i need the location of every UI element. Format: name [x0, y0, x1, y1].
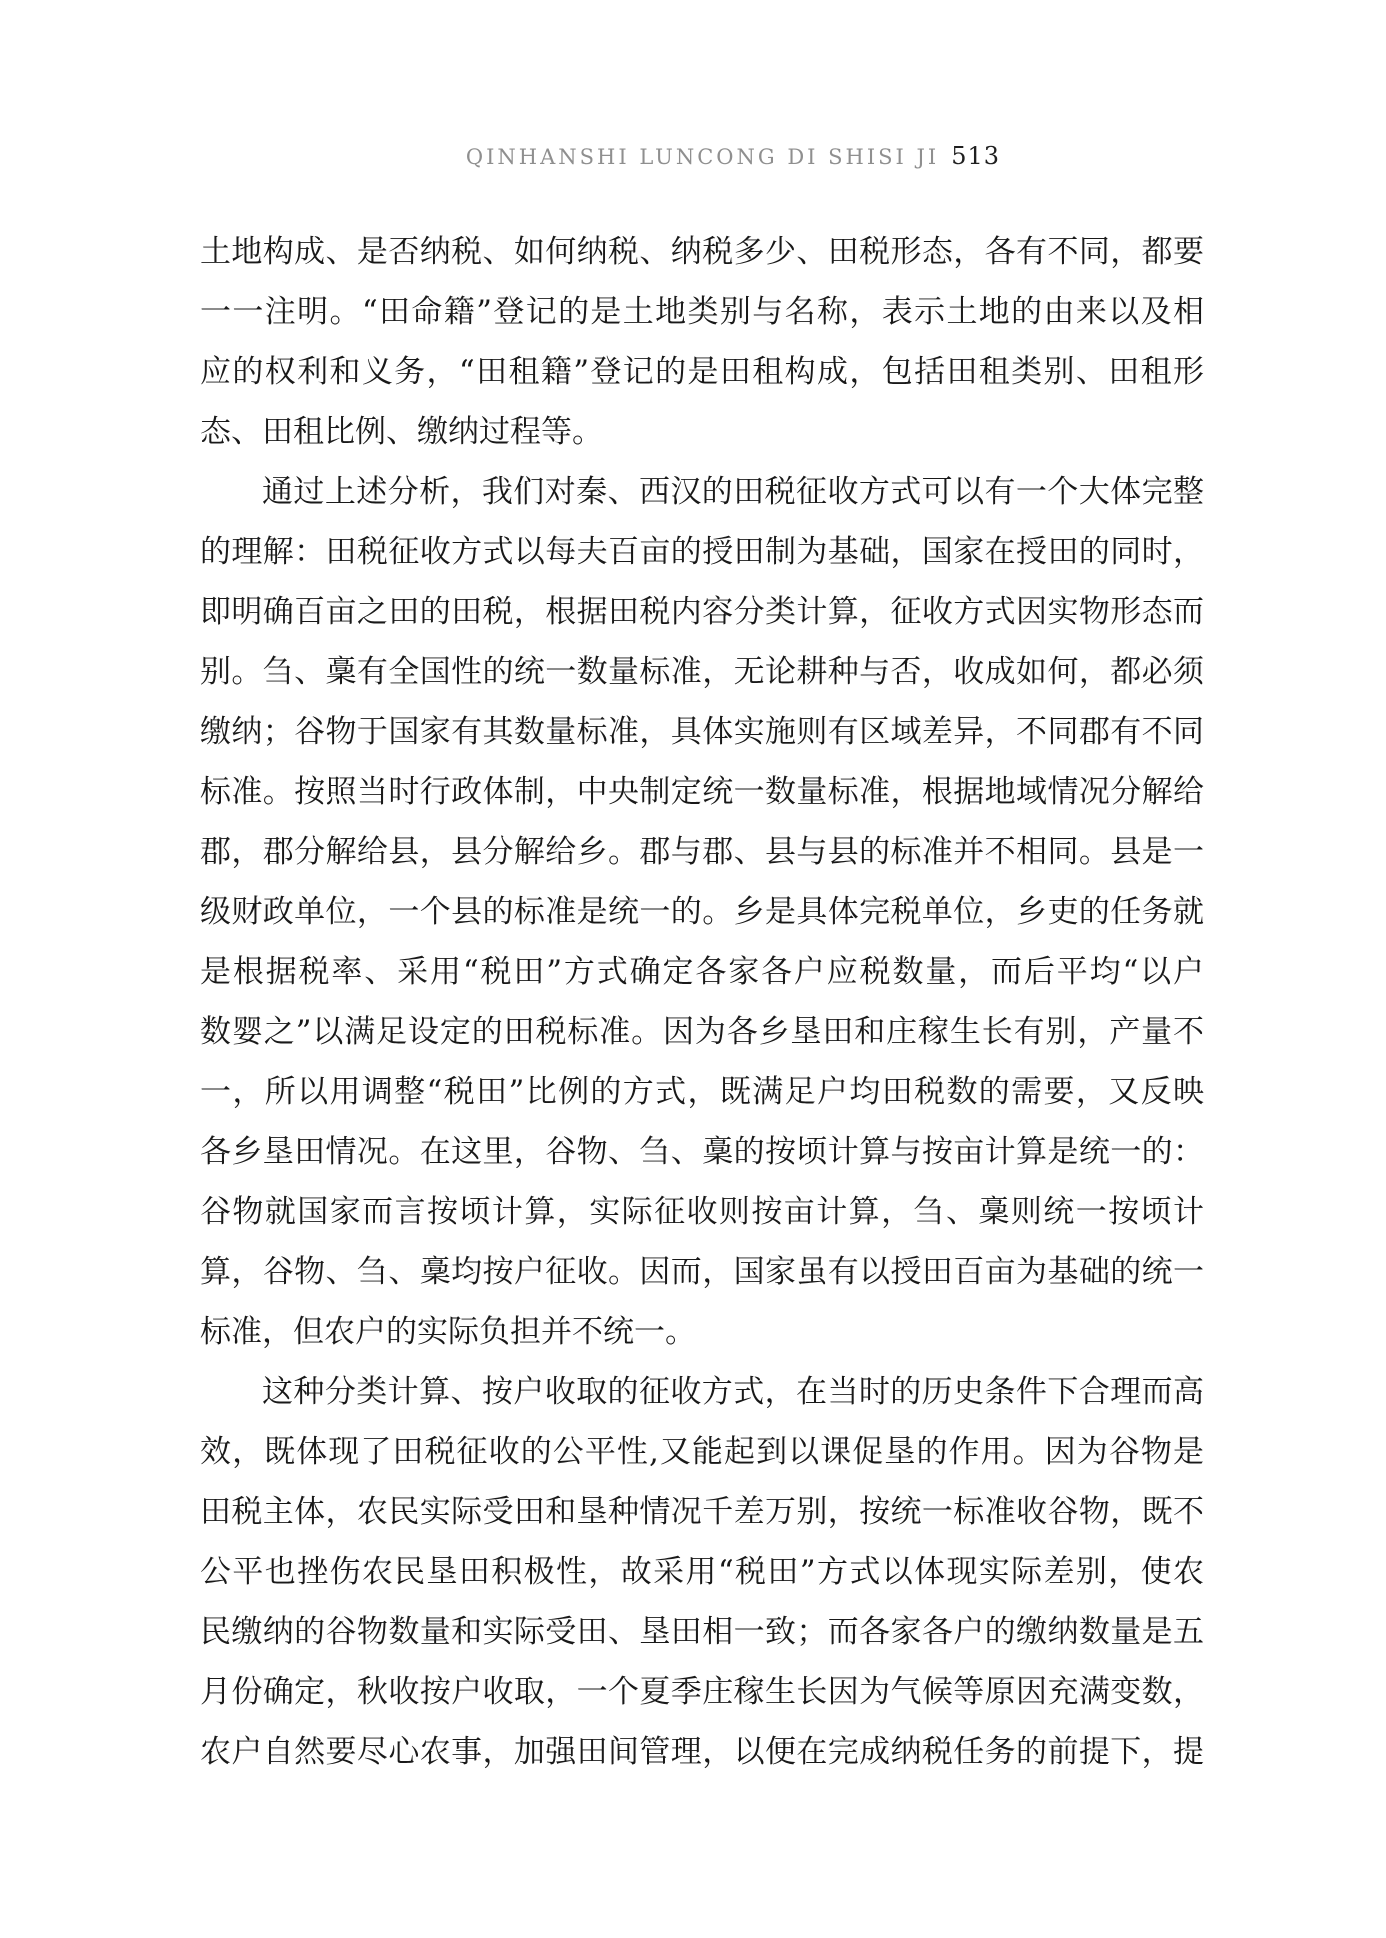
text-line: 民缴纳的谷物数量和实际受田、垦田相一致；而各家各户的缴纳数量是五	[200, 1602, 1204, 1662]
running-header: QINHANSHI LUNCONG DI SHISI JI513	[0, 142, 1000, 170]
text-line: 效，既体现了田税征收的公平性,又能起到以课促垦的作用。因为谷物是	[200, 1422, 1204, 1482]
text-line: 标准。按照当时行政体制，中央制定统一数量标准，根据地域情况分解给	[200, 762, 1204, 822]
text-line: 一一注明。“田命籍”登记的是土地类别与名称，表示土地的由来以及相	[200, 282, 1204, 342]
text-line: 标准，但农户的实际负担并不统一。	[200, 1302, 1204, 1362]
book-page: QINHANSHI LUNCONG DI SHISI JI513 土地构成、是否…	[0, 0, 1386, 1938]
text-line: 即明确百亩之田的田税，根据田税内容分类计算，征收方式因实物形态而	[200, 582, 1204, 642]
text-line: 土地构成、是否纳税、如何纳税、纳税多少、田税形态，各有不同，都要	[200, 222, 1204, 282]
running-title: QINHANSHI LUNCONG DI SHISI JI	[466, 145, 939, 169]
text-line: 通过上述分析，我们对秦、西汉的田税征收方式可以有一个大体完整	[200, 462, 1204, 522]
text-line: 数婴之”以满足设定的田税标准。因为各乡垦田和庄稼生长有别，产量不	[200, 1002, 1204, 1062]
text-line: 态、田租比例、缴纳过程等。	[200, 402, 1204, 462]
text-line: 别。刍、稾有全国性的统一数量标准，无论耕种与否，收成如何，都必须	[200, 642, 1204, 702]
text-line: 各乡垦田情况。在这里，谷物、刍、稾的按顷计算与按亩计算是统一的：	[200, 1122, 1204, 1182]
body-text: 土地构成、是否纳税、如何纳税、纳税多少、田税形态，各有不同，都要一一注明。“田命…	[200, 222, 1204, 1782]
paragraph: 土地构成、是否纳税、如何纳税、纳税多少、田税形态，各有不同，都要一一注明。“田命…	[200, 222, 1204, 462]
paragraph: 通过上述分析，我们对秦、西汉的田税征收方式可以有一个大体完整的理解：田税征收方式…	[200, 462, 1204, 1362]
page-number: 513	[951, 142, 1000, 170]
text-line: 算，谷物、刍、稾均按户征收。因而，国家虽有以授田百亩为基础的统一	[200, 1242, 1204, 1302]
text-line: 这种分类计算、按户收取的征收方式，在当时的历史条件下合理而高	[200, 1362, 1204, 1422]
text-line: 公平也挫伤农民垦田积极性，故采用“税田”方式以体现实际差别，使农	[200, 1542, 1204, 1602]
text-line: 一，所以用调整“税田”比例的方式，既满足户均田税数的需要，又反映	[200, 1062, 1204, 1122]
text-line: 的理解：田税征收方式以每夫百亩的授田制为基础，国家在授田的同时，	[200, 522, 1204, 582]
text-line: 是根据税率、采用“税田”方式确定各家各户应税数量，而后平均“以户	[200, 942, 1204, 1002]
text-line: 农户自然要尽心农事，加强田间管理，以便在完成纳税任务的前提下，提	[200, 1722, 1204, 1782]
text-line: 应的权利和义务，“田租籍”登记的是田租构成，包括田租类别、田租形	[200, 342, 1204, 402]
text-line: 缴纳；谷物于国家有其数量标准，具体实施则有区域差异，不同郡有不同	[200, 702, 1204, 762]
text-line: 级财政单位，一个县的标准是统一的。乡是具体完税单位，乡吏的任务就	[200, 882, 1204, 942]
paragraph: 这种分类计算、按户收取的征收方式，在当时的历史条件下合理而高效，既体现了田税征收…	[200, 1362, 1204, 1782]
text-line: 田税主体，农民实际受田和垦种情况千差万别，按统一标准收谷物，既不	[200, 1482, 1204, 1542]
text-line: 谷物就国家而言按顷计算，实际征收则按亩计算，刍、稾则统一按顷计	[200, 1182, 1204, 1242]
text-line: 郡，郡分解给县，县分解给乡。郡与郡、县与县的标准并不相同。县是一	[200, 822, 1204, 882]
text-line: 月份确定，秋收按户收取，一个夏季庄稼生长因为气候等原因充满变数，	[200, 1662, 1204, 1722]
